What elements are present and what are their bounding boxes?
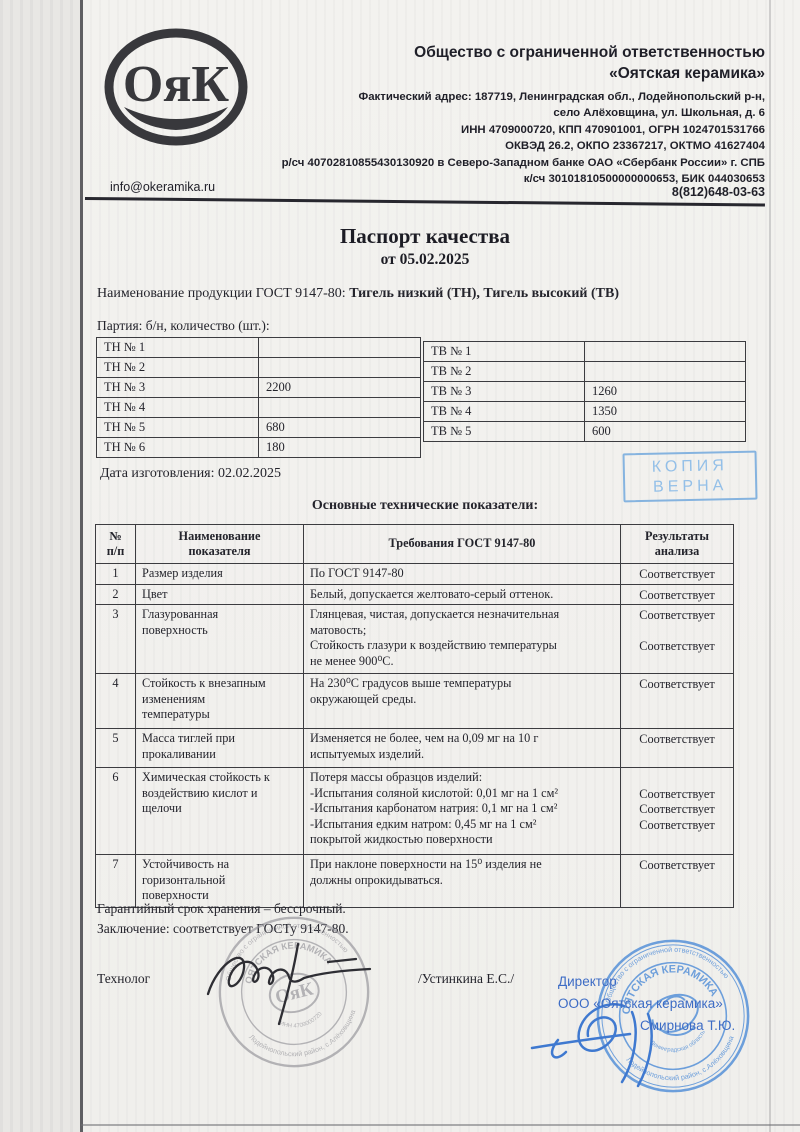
header-divider-line — [85, 197, 765, 206]
header-requirements: Требования ГОСТ 9147-80 — [304, 525, 621, 564]
batch-label-cell: ТН № 6 — [97, 438, 259, 458]
batch-qty-cell — [259, 398, 421, 418]
requirement-cell: По ГОСТ 9147-80 — [304, 564, 621, 585]
batch-row: ТН № 6180 — [97, 438, 421, 458]
batch-row: ТВ № 41350 — [424, 402, 746, 422]
header-name: Наименование показателя — [136, 525, 304, 564]
indicator-number-cell: 1 — [96, 564, 136, 585]
result-cell: Соответствует — [621, 674, 734, 729]
batch-label-cell: ТВ № 4 — [424, 402, 585, 422]
result-value: Соответствует — [621, 818, 733, 834]
batch-qty-cell — [585, 342, 746, 362]
batch-label-cell: ТН № 1 — [97, 338, 259, 358]
batch-qty-cell — [259, 338, 421, 358]
batch-row: ТН № 1 — [97, 338, 421, 358]
batch-label-cell: ТН № 4 — [97, 398, 259, 418]
scan-bottom-edge-line — [81, 1124, 800, 1126]
technologist-signature — [200, 932, 395, 1032]
batch-table-tv: ТВ № 1ТВ № 2ТВ № 31260ТВ № 41350ТВ № 560… — [423, 341, 746, 442]
batch-label-cell: ТВ № 5 — [424, 422, 585, 442]
technologist-name: /Устинкина Е.С./ — [418, 971, 514, 987]
batch-row: ТН № 4 — [97, 398, 421, 418]
manufacture-date: Дата изготовления: 02.02.2025 — [100, 466, 281, 482]
result-value: Соответствует — [621, 802, 733, 818]
director-name: Смирнова Т.Ю. — [640, 1018, 735, 1033]
result-value: Соответствует — [621, 732, 733, 748]
batch-row: ТВ № 31260 — [424, 382, 746, 402]
batch-qty-cell — [259, 358, 421, 378]
indicator-row: 3Глазурованная поверхностьГлянцевая, чис… — [96, 605, 734, 674]
technologist-label: Технолог — [97, 971, 150, 987]
result-value: Соответствует — [621, 567, 733, 583]
copy-stamp-line1: КОПИЯ — [625, 456, 755, 479]
indicator-row: 7Устойчивость на горизонтальной поверхно… — [96, 855, 734, 908]
result-value: Соответствует — [621, 639, 733, 655]
company-phone: 8(812)648-03-63 — [672, 185, 765, 199]
header-num: № п/п — [96, 525, 136, 564]
batch-qty-cell: 680 — [259, 418, 421, 438]
product-value: Тигель низкий (ТН), Тигель высокий (ТВ) — [349, 286, 619, 301]
director-label: Директор — [558, 974, 617, 989]
indicator-name-cell: Цвет — [136, 584, 304, 605]
technical-indicators-table: № п/п Наименование показателя Требования… — [95, 524, 734, 908]
indicator-row: 6Химическая стойкость к воздействию кисл… — [96, 768, 734, 855]
company-address-line: Фактический адрес: 187719, Ленинградская… — [145, 89, 765, 105]
result-cell: СоответствуетСоответствуетСоответствует — [621, 768, 734, 855]
copy-stamp-line2: ВЕРНА — [625, 476, 755, 499]
company-name-line2: «Оятская керамика» — [145, 63, 765, 84]
indicator-row: 5Масса тиглей при прокаливанииИзменяется… — [96, 729, 734, 768]
batch-qty-cell: 600 — [585, 422, 746, 442]
batch-label-cell: ТН № 5 — [97, 418, 259, 438]
result-value: Соответствует — [621, 677, 733, 693]
batch-row: ТН № 32200 — [97, 378, 421, 398]
indicator-name-cell: Химическая стойкость к воздействию кисло… — [136, 768, 304, 855]
result-value: Соответствует — [621, 787, 733, 803]
result-cell: СоответствуетСоответствует — [621, 605, 734, 674]
batch-label-cell: ТН № 3 — [97, 378, 259, 398]
company-name-line1: Общество с ограниченной ответственностью — [145, 42, 765, 63]
result-cell: Соответствует — [621, 729, 734, 768]
indicator-name-cell: Стойкость к внезапным изменениям темпера… — [136, 674, 304, 729]
indicator-name-cell: Глазурованная поверхность — [136, 605, 304, 674]
batch-qty-cell — [585, 362, 746, 382]
batch-qty-cell: 2200 — [259, 378, 421, 398]
indicator-number-cell: 4 — [96, 674, 136, 729]
scan-left-margin — [0, 0, 80, 1132]
company-email: info@okeramika.ru — [110, 180, 215, 194]
requirement-cell: Изменяется не более, чем на 0,09 мг на 1… — [304, 729, 621, 768]
batch-label-cell: ТВ № 2 — [424, 362, 585, 382]
batch-row: ТВ № 2 — [424, 362, 746, 382]
header-results: Результаты анализа — [621, 525, 734, 564]
indicator-name-cell: Размер изделия — [136, 564, 304, 585]
batch-label-cell: ТВ № 1 — [424, 342, 585, 362]
batch-label-cell: ТВ № 3 — [424, 382, 585, 402]
batch-label: Партия: б/н, количество (шт.): — [97, 318, 270, 334]
result-cell: Соответствует — [621, 564, 734, 585]
indicator-row: 2ЦветБелый, допускается желтовато-серый … — [96, 584, 734, 605]
indicator-name-cell: Масса тиглей при прокаливании — [136, 729, 304, 768]
indicator-row: 4Стойкость к внезапным изменениям темпер… — [96, 674, 734, 729]
batch-qty-cell: 1350 — [585, 402, 746, 422]
company-okved-line: ОКВЭД 26.2, ОКПО 23367217, ОКТМО 4162740… — [145, 138, 765, 154]
result-value: Соответствует — [621, 608, 733, 624]
requirement-cell: На 230⁰С градусов выше температуры окруж… — [304, 674, 621, 729]
batch-table-tn: ТН № 1ТН № 2ТН № 32200ТН № 4ТН № 5680ТН … — [96, 337, 421, 458]
scan-edge-line — [80, 0, 83, 1132]
result-cell: Соответствует — [621, 855, 734, 908]
main-table-title: Основные технические показатели: — [85, 498, 765, 514]
document-title: Паспорт качества — [85, 224, 765, 249]
company-inn-line: ИНН 4709000720, КПП 470901001, ОГРН 1024… — [145, 122, 765, 138]
batch-label-cell: ТН № 2 — [97, 358, 259, 378]
result-cell: Соответствует — [621, 584, 734, 605]
scan-right-edge-line — [769, 0, 771, 1132]
indicator-name-cell: Устойчивость на горизонтальной поверхнос… — [136, 855, 304, 908]
product-name-line: Наименование продукции ГОСТ 9147-80: Тиг… — [97, 286, 757, 302]
requirement-cell: Потеря массы образцов изделий: -Испытани… — [304, 768, 621, 855]
batch-row: ТВ № 5600 — [424, 422, 746, 442]
batch-row: ТВ № 1 — [424, 342, 746, 362]
table-header-row: № п/п Наименование показателя Требования… — [96, 525, 734, 564]
batch-row: ТН № 5680 — [97, 418, 421, 438]
indicator-number-cell: 7 — [96, 855, 136, 908]
indicator-number-cell: 5 — [96, 729, 136, 768]
batch-qty-cell: 1260 — [585, 382, 746, 402]
indicator-number-cell: 2 — [96, 584, 136, 605]
scanned-document-page: ОяК Общество с ограниченной ответственно… — [0, 0, 800, 1132]
result-value: Соответствует — [621, 588, 733, 604]
batch-row: ТН № 2 — [97, 358, 421, 378]
indicator-number-cell: 3 — [96, 605, 136, 674]
result-value: Соответствует — [621, 858, 733, 874]
product-label: Наименование продукции ГОСТ 9147-80: — [97, 286, 349, 301]
indicator-number-cell: 6 — [96, 768, 136, 855]
company-address-line: село Алёховщина, ул. Школьная, д. 6 — [145, 105, 765, 121]
director-company: ООО «Оятская керамика» — [558, 996, 723, 1011]
indicator-row: 1Размер изделияПо ГОСТ 9147-80Соответств… — [96, 564, 734, 585]
company-letterhead: Общество с ограниченной ответственностью… — [145, 42, 765, 187]
copy-verna-stamp: КОПИЯ ВЕРНА — [623, 451, 758, 503]
requirement-cell: Белый, допускается желтовато-серый оттен… — [304, 584, 621, 605]
batch-qty-cell: 180 — [259, 438, 421, 458]
company-account-line: р/сч 40702810855430130920 в Северо-Запад… — [145, 155, 765, 171]
requirement-cell: Глянцевая, чистая, допускается незначите… — [304, 605, 621, 674]
document-date: от 05.02.2025 — [85, 251, 765, 269]
